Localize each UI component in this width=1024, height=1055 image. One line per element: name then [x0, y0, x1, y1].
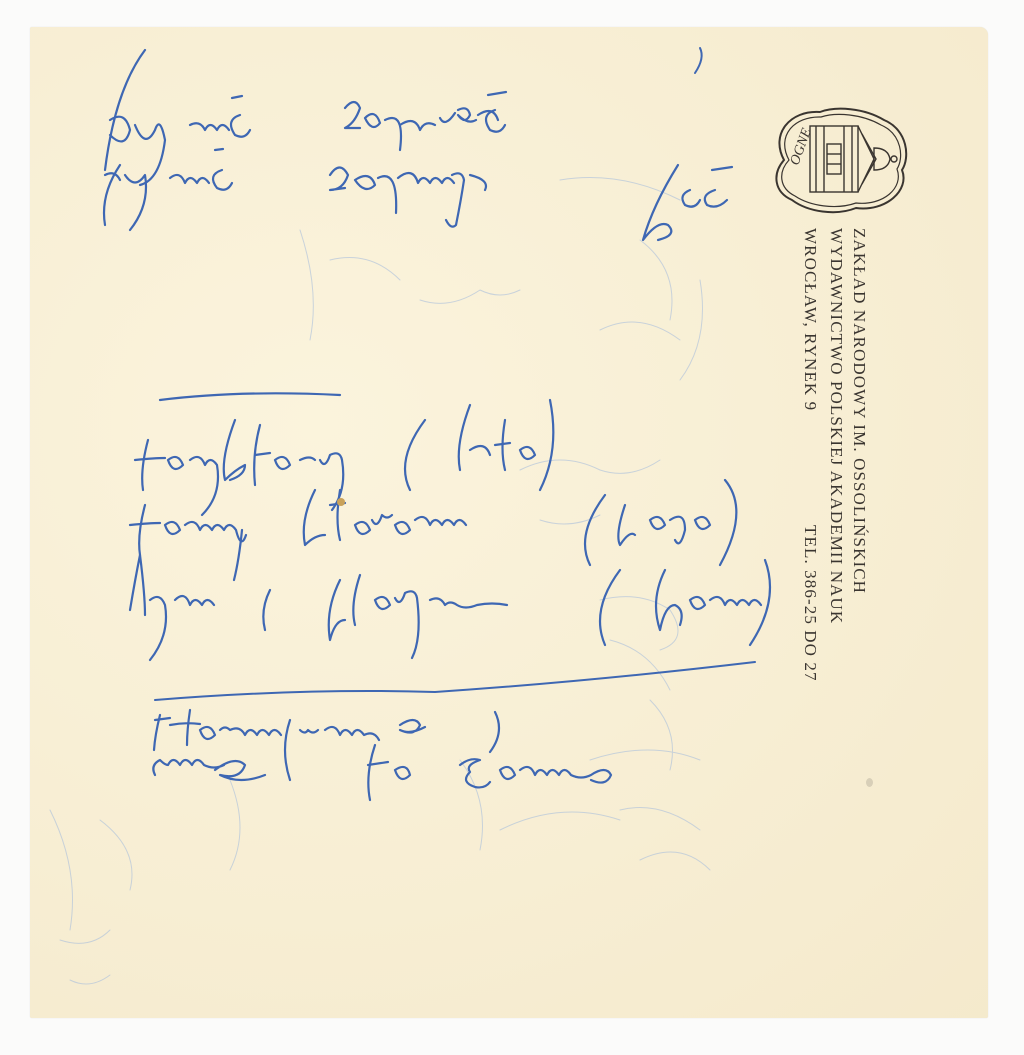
emblem-monogram: OGNE [788, 126, 815, 167]
paper-stain [337, 498, 345, 506]
letterhead-phone: TEL. 386-25 DO 27 [800, 525, 820, 682]
letterhead-address: WROCŁAW, RYNEK 9 [800, 228, 820, 411]
ossolineum-emblem-icon: OGNE [764, 104, 910, 216]
letterhead-institution: ZAKŁAD NARODOWY IM. OSSOLIŃSKICH [849, 228, 869, 594]
letterhead-publisher: WYDAWNICTWO POLSKIEJ AKADEMII NAUK [826, 228, 846, 624]
paper-stain [866, 778, 873, 787]
